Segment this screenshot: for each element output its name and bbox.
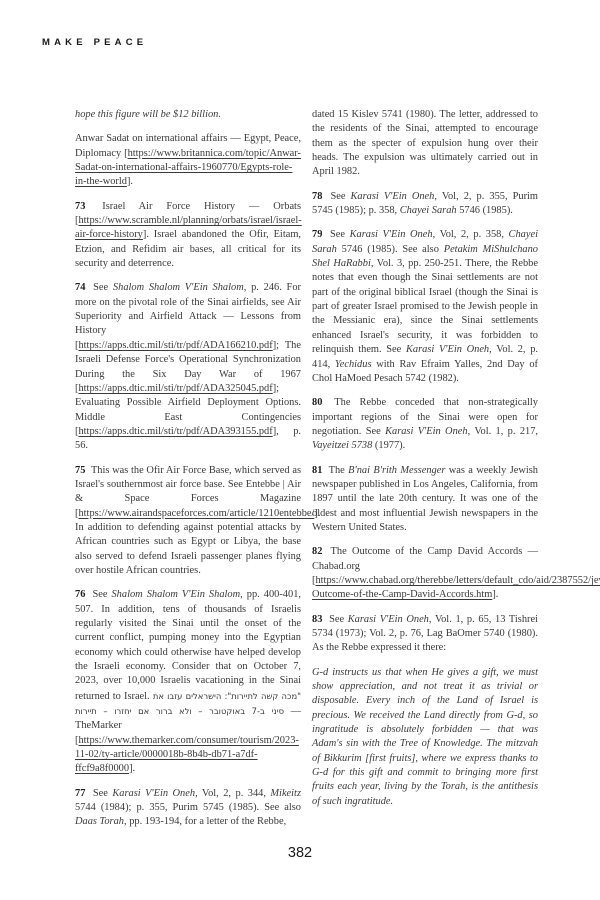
footnote-text: See	[329, 614, 348, 625]
footnote-number: 79	[312, 229, 322, 240]
book-title: Karasi V'Ein Oneh	[350, 191, 434, 202]
book-title: Karasi V'Ein Oneh	[112, 788, 195, 799]
footnote-link[interactable]: https://apps.dtic.mil/sti/tr/pdf/ADA3250…	[78, 383, 272, 394]
footnote-76: 76 See Shalom Shalom V'Ein Shalom, pp. 4…	[75, 588, 301, 776]
footnote-number: 82	[312, 546, 322, 557]
book-title: Daas Torah	[75, 816, 124, 827]
footnote-number: 73	[75, 201, 85, 212]
footnote-link[interactable]: https://apps.dtic.mil/sti/tr/pdf/ADA1662…	[78, 340, 272, 351]
footnote-74: 74 See Shalom Shalom V'Ein Shalom, p. 24…	[75, 281, 301, 453]
footnote-80: 80 The Rebbe conceded that non-strategic…	[312, 396, 538, 453]
footnote-carryover: dated 15 Kislev 5741 (1980). The letter,…	[312, 108, 538, 180]
footnote-text: See	[92, 589, 111, 600]
footnote-number: 76	[75, 589, 85, 600]
left-column: hope this figure will be $12 billion. An…	[75, 108, 301, 840]
footnote-text: dated 15 Kislev 5741 (1980). The letter,…	[312, 109, 538, 177]
footnote-text: , pp. 193-194, for a letter of the Rebbe…	[124, 816, 286, 827]
book-title: Shalom Shalom V'Ein Shalom	[113, 282, 244, 293]
footnote-number: 83	[312, 614, 322, 625]
footnote-73: 73 Israel Air Force History — Orbats [ht…	[75, 200, 301, 272]
footnote-number: 77	[75, 788, 85, 799]
footnote-text: , Vol. 3, pp. 250-251. There, the Rebbe …	[312, 258, 538, 355]
footnote-text: See	[93, 788, 112, 799]
footnote-82: 82 The Outcome of the Camp David Accords…	[312, 545, 538, 602]
footnote-text: , Vol, 2, p. 358,	[433, 229, 509, 240]
footnote-number: 80	[312, 397, 322, 408]
footnote-text: 5746 (1985).	[457, 205, 513, 216]
footnote-81: 81 The B'nai B'rith Messenger was a week…	[312, 464, 538, 536]
footnote-text: See	[330, 229, 350, 240]
footnote-text: ].	[129, 763, 135, 774]
footnote-number: 75	[75, 465, 85, 476]
footnote-link[interactable]: https://apps.dtic.mil/sti/tr/pdf/ADA3931…	[78, 426, 272, 437]
book-title: Karasi V'Ein Oneh	[406, 344, 489, 355]
footnote-78: 78 See Karasi V'Ein Oneh, Vol, 2, p. 355…	[312, 190, 538, 219]
right-column: dated 15 Kislev 5741 (1980). The letter,…	[312, 108, 538, 809]
footnote-text: ].	[127, 176, 133, 187]
footnote-text: See	[330, 191, 350, 202]
footnote-77: 77 See Karasi V'Ein Oneh, Vol, 2, p. 344…	[75, 787, 301, 830]
footnote-text: See	[93, 282, 113, 293]
footnote-79: 79 See Karasi V'Ein Oneh, Vol, 2, p. 358…	[312, 228, 538, 386]
page-number: 382	[0, 845, 600, 861]
footnote-number: 78	[312, 191, 322, 202]
parsha-name: Chayei Sarah	[400, 205, 457, 216]
book-title: Karasi V'Ein Oneh	[348, 614, 429, 625]
footnote-number: 74	[75, 282, 85, 293]
footnote-link[interactable]: https://www.chabad.org/therebbe/letters/…	[312, 575, 600, 600]
book-title: Karasi V'Ein Oneh	[350, 229, 433, 240]
parsha-name: Mikeitz	[270, 788, 301, 799]
book-title: Shalom Shalom V'Ein Shalom	[111, 589, 240, 600]
footnote-83: 83 See Karasi V'Ein Oneh, Vol. 1, p. 65,…	[312, 613, 538, 656]
footnote-text: , pp. 400-401, 507. In addition, tens of…	[75, 589, 301, 701]
footnote-text: (1977).	[372, 440, 405, 451]
footnote-sadat: Anwar Sadat on international affairs — E…	[75, 132, 301, 189]
book-title: Karasi V'Ein Oneh	[385, 426, 468, 437]
footnote-carryover: hope this figure will be $12 billion.	[75, 108, 301, 122]
footnote-text: , Vol. 1, p. 217,	[468, 426, 538, 437]
footnote-number: 81	[312, 465, 322, 476]
parsha-name: Vayeitzei 5738	[312, 440, 372, 451]
term-yechidus: Yechidus	[335, 359, 372, 370]
footnote-text: 5744 (1984); p. 355, Purim 5745 (1985). …	[75, 802, 301, 813]
footnote-link[interactable]: https://www.airandspaceforces.com/articl…	[78, 508, 314, 519]
footnote-75: 75 This was the Ofir Air Force Base, whi…	[75, 464, 301, 579]
footnote-link[interactable]: https://www.themarker.com/consumer/touri…	[75, 735, 299, 775]
footnote-text: , Vol, 2, p. 344,	[195, 788, 270, 799]
footnote-text: ].	[492, 589, 498, 600]
carryover-text: hope this figure will be $12 billion.	[75, 109, 221, 120]
footnote-text: 5746 (1985). See also	[337, 244, 444, 255]
newspaper-title: B'nai B'rith Messenger	[348, 465, 445, 476]
running-header: MAKE PEACE	[42, 37, 147, 48]
block-quote: G-d instructs us that when He gives a gi…	[312, 666, 538, 809]
footnote-text: The	[329, 465, 349, 476]
